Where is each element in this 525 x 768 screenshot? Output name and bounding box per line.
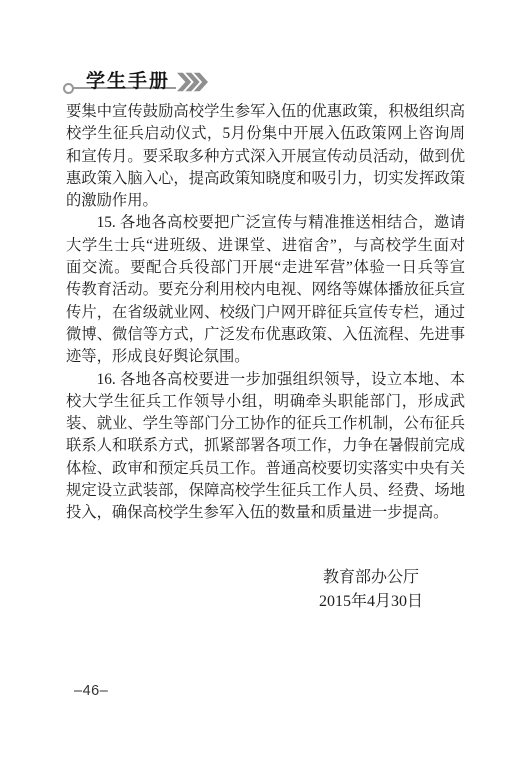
signature-date: 2015年4月30日 [319, 590, 423, 614]
header-title: 学生手册 [86, 66, 170, 93]
text-line: 大学生士兵“进班级、进课堂、进宿舍”，与高校学生面对 [66, 235, 465, 257]
document-body: 要集中宣传鼓励高校学生参军入伍的优惠政策，积极组织高校学生征兵启动仪式，5月份集… [66, 101, 465, 525]
text-line: 和宣传月。要采取多种方式深入开展宣传动员活动，做到优 [66, 146, 465, 168]
text-line: 联系人和联系方式，抓紧部署各项工作，力争在暑假前完成 [66, 435, 465, 457]
text-line: 要集中宣传鼓励高校学生参军入伍的优惠政策，积极组织高 [66, 101, 465, 123]
text-line: 校大学生征兵工作领导小组，明确牵头职能部门，形成武 [66, 391, 465, 413]
text-line: 投入，确保高校学生参军入伍的数量和质量进一步提高。 [66, 502, 465, 524]
circle-icon [63, 83, 74, 94]
text-line: 传教育活动。要充分利用校内电视、网络等媒体播放征兵宣 [66, 279, 465, 301]
text-line: 迹等，形成良好舆论氛围。 [66, 346, 465, 368]
triple-chevron-right-icon [177, 72, 208, 92]
signature-block: 教育部办公厅 2015年4月30日 [319, 566, 423, 614]
text-line: 面交流。要配合兵役部门开展“走进军营”体验一日兵等宣 [66, 257, 465, 279]
text-line: 校学生征兵启动仪式，5月份集中开展入伍政策网上咨询周 [66, 123, 465, 145]
page-header: 学生手册 [63, 66, 243, 100]
signature-issuer: 教育部办公厅 [319, 566, 423, 590]
text-line: 15. 各地各高校要把广泛宣传与精准推送相结合，邀请 [66, 212, 465, 234]
handbook-page: 学生手册 要集中宣传鼓励高校学生参军入伍的优惠政策，积极组织高校学生征兵启动仪式… [0, 0, 525, 768]
text-line: 装、就业、学生等部门分工协作的征兵工作机制，公布征兵 [66, 413, 465, 435]
page-number: –46– [74, 683, 108, 699]
text-line: 惠政策入脑入心，提高政策知晓度和吸引力，切实发挥政策 [66, 168, 465, 190]
text-line: 传片，在省级就业网、校级门户网开辟征兵宣传专栏，通过 [66, 302, 465, 324]
text-line: 微博、微信等方式，广泛发布优惠政策、入伍流程、先进事 [66, 324, 465, 346]
text-line: 规定设立武装部，保障高校学生征兵工作人员、经费、场地 [66, 480, 465, 502]
text-line: 16. 各地各高校要进一步加强组织领导，设立本地、本 [66, 369, 465, 391]
text-line: 的激励作用。 [66, 190, 465, 212]
text-line: 体检、政审和预定兵员工作。普通高校要切实落实中央有关 [66, 458, 465, 480]
